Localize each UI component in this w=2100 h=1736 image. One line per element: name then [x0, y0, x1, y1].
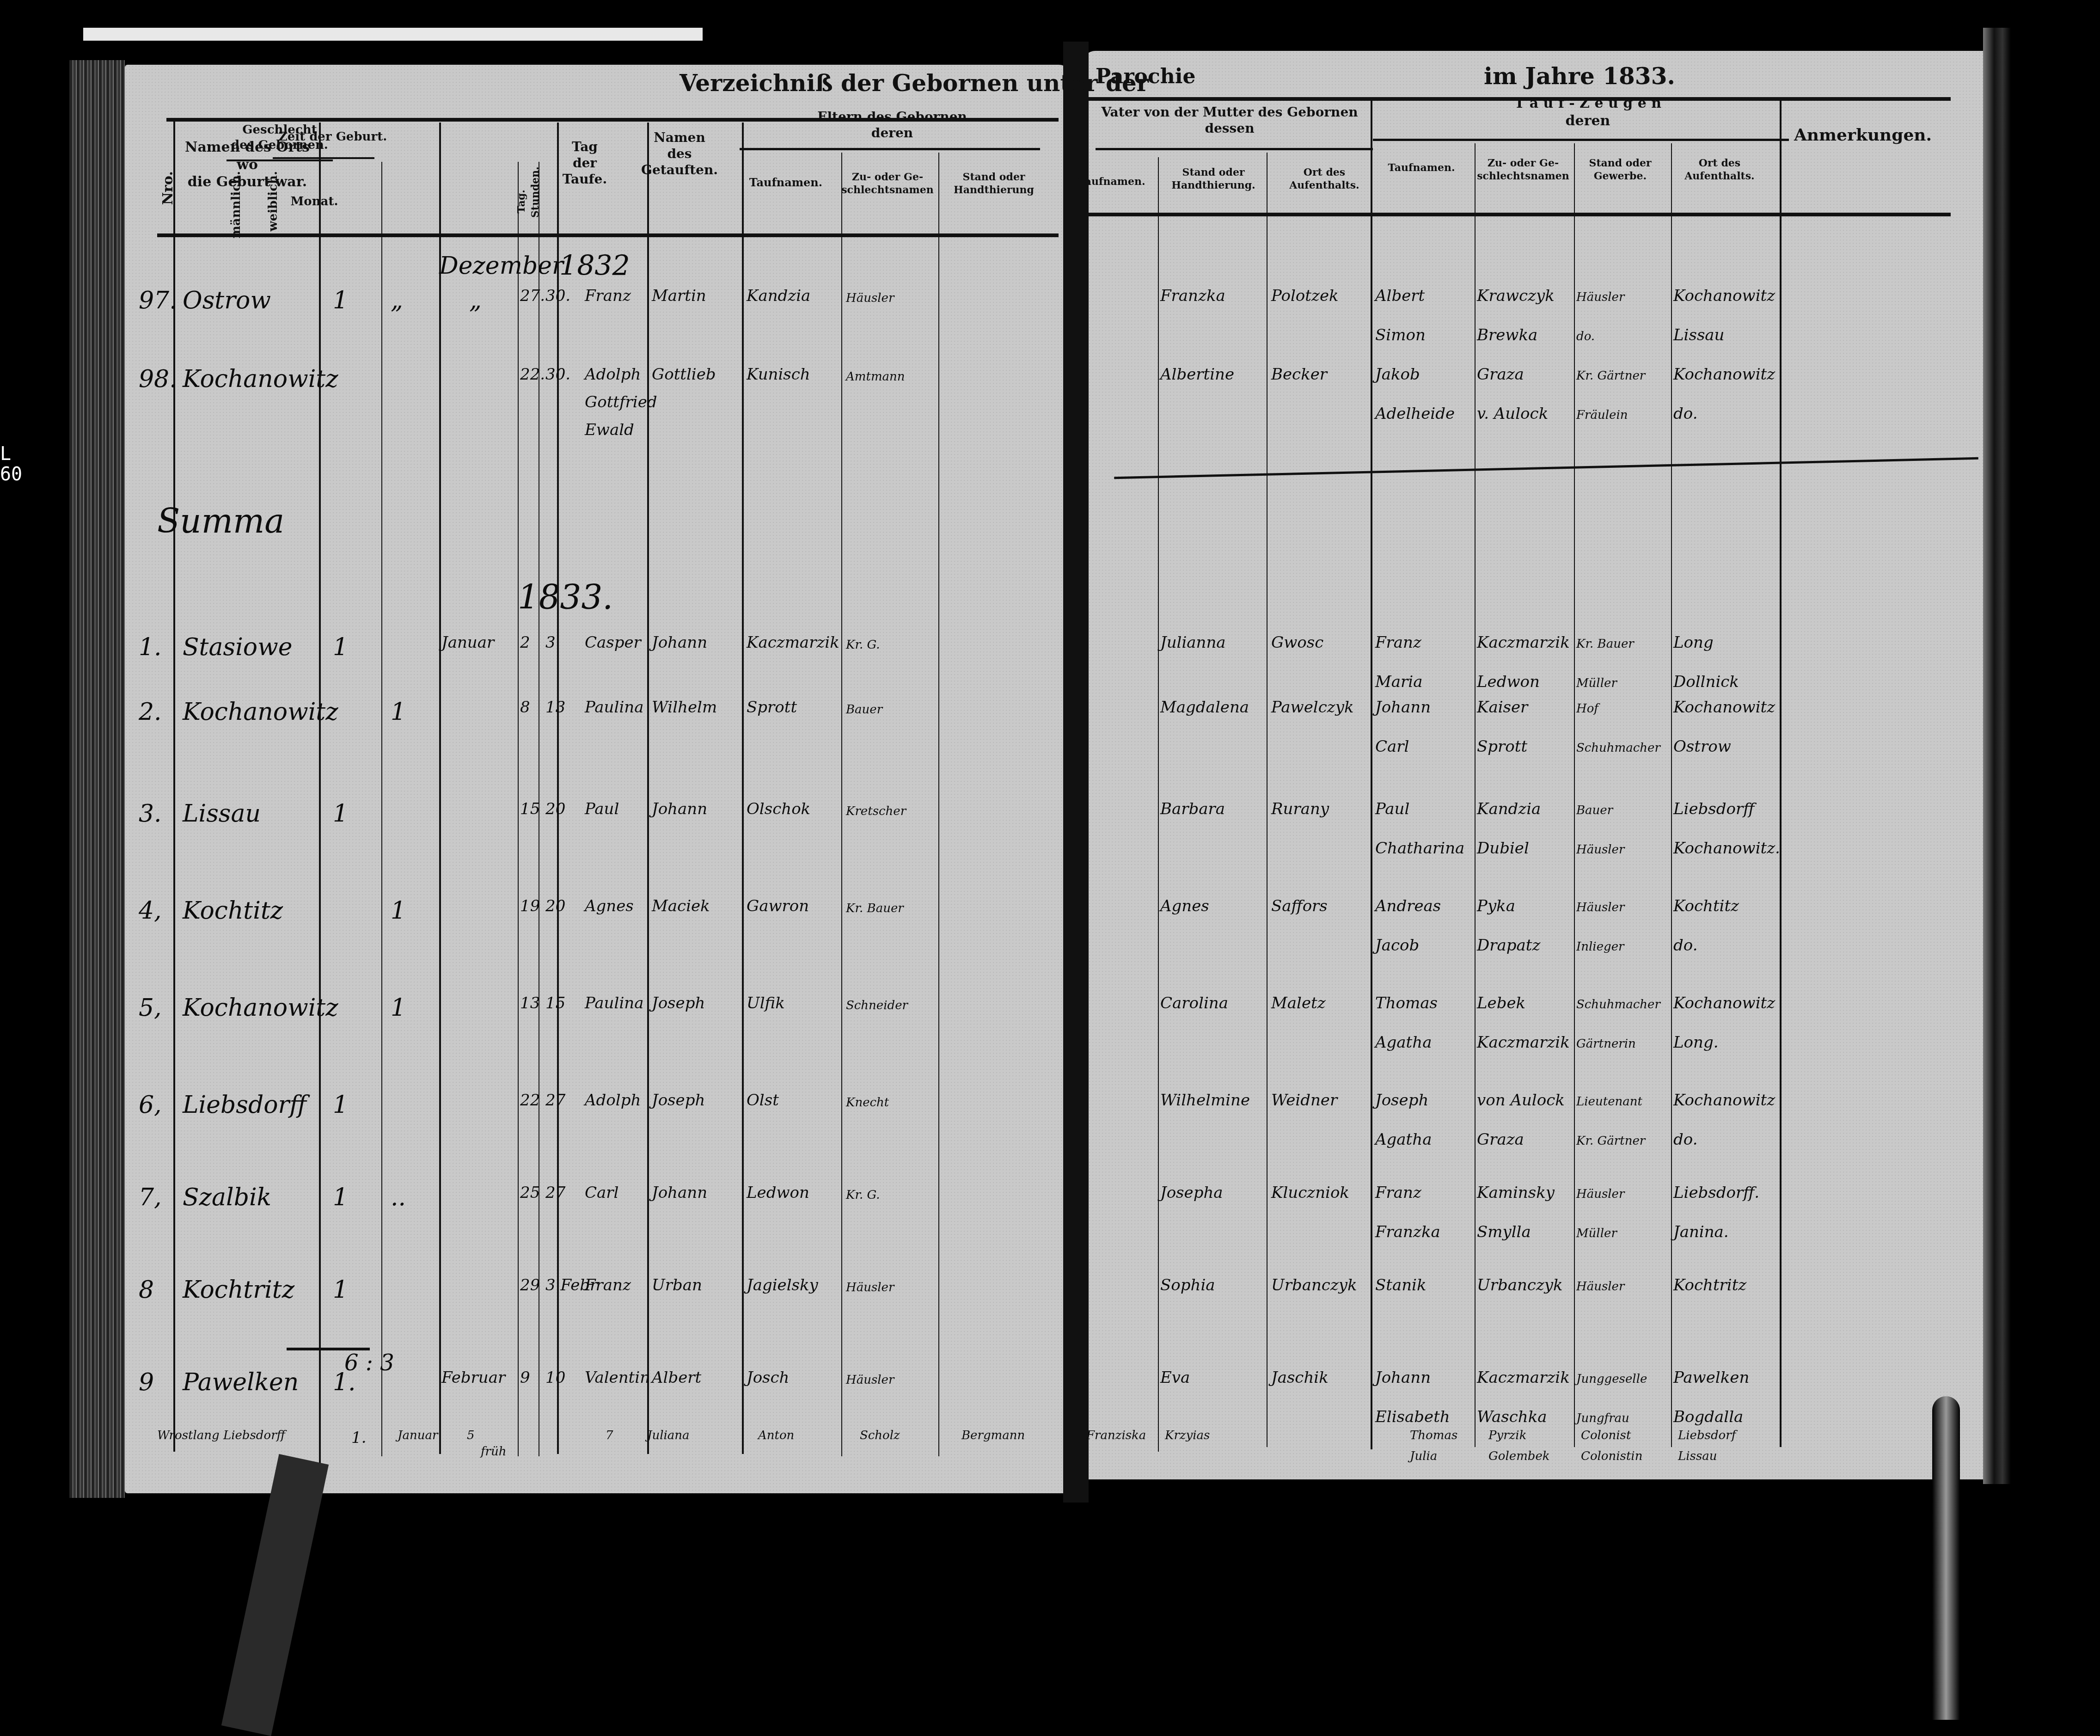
- entry-day: 8: [520, 698, 530, 717]
- entry-witness-surname: Urbanczyk: [1477, 1276, 1563, 1294]
- entry-witness-residence: Lissau: [1673, 326, 1725, 344]
- col-line: [1267, 153, 1267, 1447]
- entry-witness-occupation: Kr. Gärtner: [1576, 369, 1645, 383]
- entry-witness-name: Jakob: [1375, 365, 1420, 384]
- entry-day: 22.: [520, 365, 545, 384]
- col-line: [173, 120, 175, 1452]
- col-line: [1574, 143, 1575, 1447]
- entry-father-name: Gottlieb: [652, 365, 716, 384]
- entry-baptism-day: 30.: [545, 287, 570, 305]
- entry-witness-residence: Bogdalla: [1673, 1408, 1743, 1426]
- entry-father-occupation: Amtmann: [846, 370, 905, 384]
- entry-male: 1.: [333, 1368, 356, 1396]
- entry-birthplace: Kochanowitz: [183, 365, 338, 393]
- entry-baptism-day: 30.: [545, 365, 570, 384]
- col-line: [518, 162, 519, 1456]
- entry-mother-name: Wilhelmine: [1160, 1091, 1250, 1110]
- entry-witness-residence: Pawelken: [1673, 1368, 1749, 1387]
- entry-witness-occupation: Müller: [1576, 676, 1617, 690]
- entry-witness-residence: Kochtritz: [1673, 1276, 1746, 1294]
- entry-witness-name: Franz: [1375, 633, 1421, 652]
- entry-number: 2.: [139, 698, 162, 726]
- register-title: Verzeichniß der Gebornen unter der: [680, 69, 1149, 97]
- footer-witness-residence: Lissau: [1678, 1449, 1717, 1463]
- entry-day: 27.: [520, 287, 545, 305]
- entry-mother-surname: Saffors: [1271, 897, 1328, 915]
- footer-witness-name: Julia: [1410, 1449, 1437, 1463]
- entry-witness-residence: Long: [1673, 633, 1714, 652]
- col-line: [439, 123, 441, 1454]
- entry-witness-residence: Ostrow: [1673, 737, 1731, 756]
- entry-witness-residence: Dollnick: [1673, 673, 1739, 691]
- entry-witness-name: Franzka: [1375, 1223, 1440, 1241]
- entry-witness-residence: do.: [1673, 1130, 1697, 1149]
- entry-mother-surname: Kluczniok: [1271, 1184, 1349, 1202]
- col-line: [1671, 143, 1672, 1447]
- entry-witness-occupation: Hof: [1576, 702, 1598, 716]
- entry-witness-name: Franz: [1375, 1184, 1421, 1202]
- col-line: [841, 153, 842, 1456]
- entry-witness-name: Maria: [1375, 673, 1422, 691]
- entry-witness-name: Stanik: [1375, 1276, 1427, 1294]
- col-line: [319, 123, 321, 1463]
- entry-day: 29: [520, 1276, 540, 1294]
- entry-child-name: Franz: [585, 287, 631, 305]
- entry-child-name: Agnes: [585, 897, 634, 915]
- entry-mother-surname: Gwosc: [1271, 633, 1323, 652]
- entry-male: 1: [333, 287, 348, 314]
- entry-day: 19: [520, 897, 540, 915]
- entry-mother-name: Albertine: [1160, 365, 1234, 384]
- entry-baptism-day: 20: [545, 897, 565, 915]
- right-book-edge: [1983, 28, 2011, 1484]
- entry-witness-occupation: Häusler: [1576, 901, 1624, 914]
- entry-child-name: Valentin: [585, 1368, 650, 1387]
- entry-birthplace: Liebsdorff: [183, 1091, 306, 1119]
- entry-witness-occupation: Häusler: [1576, 1187, 1624, 1201]
- entry-father-occupation: Häusler: [846, 1281, 894, 1294]
- entry-witness-residence: Kochtitz: [1673, 897, 1739, 915]
- entry-witness-surname: Waschka: [1477, 1408, 1547, 1426]
- header-bottom-rule: [157, 233, 1059, 237]
- entry-female: 1: [391, 994, 406, 1022]
- entry-child-name: Ewald: [585, 421, 634, 439]
- entry-witness-surname: Drapatz: [1477, 936, 1540, 955]
- entry-mother-name: Barbara: [1160, 800, 1225, 818]
- entry-father-name: Joseph: [652, 994, 705, 1012]
- page-tab-strip: [83, 28, 703, 41]
- entry-witness-name: Andreas: [1375, 897, 1441, 915]
- entry-father-occupation: Kr. G.: [846, 1188, 880, 1202]
- col-line: [1475, 143, 1476, 1447]
- entry-witness-name: Carl: [1375, 737, 1409, 756]
- entry-father-name: Martin: [652, 287, 706, 305]
- footer-mother-surname: Krzyias: [1165, 1429, 1210, 1442]
- footer-baptism-day: 7: [606, 1429, 613, 1442]
- entry-birthplace: Kochtitz: [183, 897, 283, 925]
- col-line: [647, 123, 649, 1454]
- header-eltern-zuname: Zu- oder Ge- schlechtsnamen: [837, 171, 938, 196]
- header-zeugen-ort: Ort des Aufenthalts.: [1669, 157, 1770, 183]
- entry-child-name: Gottfried: [585, 393, 657, 411]
- footer-mother-name: Franziska: [1086, 1429, 1146, 1442]
- entry-witness-occupation: Häusler: [1576, 290, 1624, 304]
- col-line: [938, 153, 939, 1456]
- entry-witness-residence: Kochanowitz: [1673, 287, 1775, 305]
- entry-father-occupation: Kretscher: [846, 804, 906, 818]
- entry-father-name: Johann: [652, 633, 707, 652]
- entry-number: 8: [139, 1276, 154, 1304]
- entry-baptism-day: 15: [545, 994, 565, 1012]
- entry-number: 5,: [139, 994, 162, 1022]
- entry-witness-surname: Lebek: [1477, 994, 1525, 1012]
- entry-witness-name: Simon: [1375, 326, 1426, 344]
- header-zeit-geburt: Zeit der Geburt.: [273, 129, 393, 145]
- entry-witness-occupation: Gärtnerin: [1576, 1037, 1636, 1051]
- entry-number: 3.: [139, 800, 162, 828]
- entry-baptism-day: 3: [545, 633, 556, 652]
- entry-mother-name: Eva: [1160, 1368, 1190, 1387]
- header-anmerkungen: Anmerkungen.: [1784, 125, 1941, 146]
- header-monat: Monat.: [277, 194, 351, 209]
- eltern-subrule: [740, 148, 1040, 150]
- header-tag-taufe: Tag der Taufe.: [550, 139, 619, 187]
- entry-witness-name: Adelheide: [1375, 405, 1455, 423]
- entry-witness-name: Johann: [1375, 1368, 1431, 1387]
- entry-baptism-day: 27: [545, 1091, 565, 1110]
- entry-day: 25: [520, 1184, 540, 1202]
- footer-birthplace: Wrostlang Liebsdorff: [157, 1429, 285, 1442]
- entry-father-name: Joseph: [652, 1091, 705, 1110]
- book-page-edges: [69, 60, 125, 1498]
- entry-witness-surname: Sprott: [1477, 737, 1527, 756]
- entry-witness-name: Agatha: [1375, 1033, 1432, 1052]
- register-title-parish: Parochie: [1096, 65, 1195, 88]
- entry-witness-occupation: Schuhmacher: [1576, 998, 1660, 1012]
- entry-birthplace: Szalbik: [183, 1184, 271, 1211]
- entry-male: 1: [333, 1276, 348, 1304]
- header-bottom-rule-right: [1086, 213, 1951, 216]
- col-line: [1780, 97, 1782, 1447]
- entry-mother-surname: Jaschik: [1271, 1368, 1329, 1387]
- entry-child-name: Paulina: [585, 994, 643, 1012]
- entry-month: Januar: [441, 633, 494, 652]
- entry-witness-occupation: Häusler: [1576, 1280, 1624, 1294]
- entry-father-surname: Olst: [747, 1091, 779, 1110]
- entry-father-occupation: Kr. G.: [846, 638, 880, 652]
- entry-birthplace: Kochanowitz: [183, 698, 338, 726]
- entry-father-occupation: Bauer: [846, 703, 882, 717]
- entry-witness-residence: Janina.: [1673, 1223, 1729, 1241]
- month-december: Dezember: [439, 252, 563, 280]
- entry-father-occupation: Häusler: [846, 1373, 894, 1387]
- entry-mother-name: Magdalena: [1160, 698, 1249, 717]
- zeugen-subrule: [1373, 139, 1789, 141]
- entry-witness-name: Elisabeth: [1375, 1408, 1450, 1426]
- entry-mother-surname: Maletz: [1271, 994, 1326, 1012]
- entry-witness-name: Johann: [1375, 698, 1431, 717]
- entry-witness-surname: Ledwon: [1477, 673, 1540, 691]
- entry-witness-residence: Liebsdorff: [1673, 800, 1754, 818]
- entry-baptism-day: 10: [545, 1368, 565, 1387]
- footer-month: Januar: [398, 1429, 438, 1442]
- entry-witness-residence: Kochanowitz: [1673, 698, 1775, 717]
- entry-child-name: Paulina: [585, 698, 643, 717]
- entry-female: „: [391, 287, 403, 314]
- entry-witness-surname: Kaminsky: [1477, 1184, 1555, 1202]
- entry-baptism-day: 20: [545, 800, 565, 818]
- entry-witness-name: Albert: [1375, 287, 1425, 305]
- entry-female: 1: [391, 698, 406, 726]
- entry-witness-surname: Brewka: [1477, 326, 1537, 344]
- entry-number: 98.: [139, 365, 177, 393]
- entry-birthplace: Stasiowe: [183, 633, 292, 661]
- entry-witness-occupation: Fräulein: [1576, 408, 1628, 422]
- entry-witness-occupation: Kr. Gärtner: [1576, 1134, 1645, 1148]
- entry-witness-residence: Liebsdorff.: [1673, 1184, 1759, 1202]
- header-taufzeugen: T a u f - Z e u g e n deren: [1387, 95, 1789, 129]
- entry-baptism-day: 27: [545, 1184, 565, 1202]
- entry-witness-surname: Kandzia: [1477, 800, 1541, 818]
- bookmark-ribbon: [221, 1454, 329, 1736]
- col-line: [742, 123, 744, 1454]
- entry-day: 2: [520, 633, 530, 652]
- entry-witness-residence: Kochanowitz: [1673, 1091, 1775, 1110]
- entry-child-name: Franz: [585, 1276, 631, 1294]
- entry-father-name: Wilhelm: [652, 698, 717, 717]
- col-line: [381, 162, 382, 1456]
- entry-father-surname: Ledwon: [747, 1184, 809, 1202]
- entry-number: 4,: [139, 897, 162, 925]
- header-vater-mutter: Vater von der Mutter des Gebornen dessen: [1086, 104, 1373, 136]
- header-zeugen-stand: Stand oder Gewerbe.: [1572, 157, 1669, 183]
- entry-day: 9: [520, 1368, 530, 1387]
- entry-mother-surname: Polotzek: [1271, 287, 1339, 305]
- header-mutter-taufnamen: Taufnamen.: [1068, 176, 1156, 189]
- header-eltern: Eltern des Gebornen deren: [749, 109, 1035, 141]
- entry-witness-occupation: Bauer: [1576, 804, 1613, 817]
- entry-witness-occupation: Inlieger: [1576, 940, 1624, 954]
- entry-baptism-day: 13: [545, 698, 565, 717]
- entry-mother-name: Julianna: [1160, 633, 1226, 652]
- footer-day: 5: [467, 1429, 475, 1442]
- col-line: [1158, 157, 1159, 1452]
- entry-witness-name: Jacob: [1375, 936, 1419, 955]
- header-zeugen-taufnamen: Taufnamen.: [1373, 162, 1470, 175]
- entry-father-surname: Olschok: [747, 800, 810, 818]
- entry-father-name: Johann: [652, 800, 707, 818]
- footer-father-name: Anton: [758, 1429, 794, 1442]
- footer-witness-surname: Golembek: [1488, 1449, 1550, 1463]
- entry-father-surname: Gawron: [747, 897, 809, 915]
- entry-witness-surname: Smylla: [1477, 1223, 1531, 1241]
- entry-child-name: Carl: [585, 1184, 618, 1202]
- entry-witness-surname: Kaczmarzik: [1477, 1033, 1570, 1052]
- entry-witness-residence: Kochanowitz: [1673, 994, 1775, 1012]
- entry-witness-name: Paul: [1375, 800, 1409, 818]
- entry-birthplace: Kochanowitz: [183, 994, 338, 1022]
- year-label: im Jahre 1833.: [1484, 62, 1675, 90]
- entry-mother-name: Josepha: [1160, 1184, 1223, 1202]
- entry-mother-surname: Rurany: [1271, 800, 1329, 818]
- entry-mother-name: Franzka: [1160, 287, 1225, 305]
- entry-father-surname: Ulfik: [747, 994, 785, 1012]
- header-eltern-taufnamen: Taufnamen.: [740, 176, 832, 190]
- entry-birthplace: Kochtritz: [183, 1276, 294, 1304]
- footer-father-occupation: Bergmann: [961, 1429, 1025, 1442]
- entry-witness-residence: do.: [1673, 405, 1697, 423]
- footer-child-name: Juliana: [647, 1429, 690, 1442]
- page-clip: [1932, 1396, 1960, 1720]
- entry-father-occupation: Häusler: [846, 291, 894, 305]
- entry-witness-occupation: Müller: [1576, 1227, 1617, 1240]
- entry-mother-name: Carolina: [1160, 994, 1228, 1012]
- footer-witness-occupation: Colonistin: [1581, 1449, 1642, 1463]
- header-zeugen-zuname: Zu- oder Ge- schlechtsnamen: [1475, 157, 1572, 183]
- entry-father-surname: Kunisch: [747, 365, 810, 384]
- entry-mother-surname: Becker: [1271, 365, 1327, 384]
- entry-witness-surname: Dubiel: [1477, 839, 1529, 858]
- entry-number: 6,: [139, 1091, 162, 1119]
- entry-father-occupation: Kr. Bauer: [846, 902, 904, 915]
- right-page: [1082, 51, 1988, 1479]
- mutter-subrule: [1096, 148, 1373, 150]
- entry-father-name: Albert: [652, 1368, 701, 1387]
- entry-witness-occupation: Kr. Bauer: [1576, 637, 1634, 651]
- footer-hour: früh: [481, 1445, 507, 1459]
- header-maennlich: männlich.: [229, 171, 244, 239]
- entry-father-surname: Sprott: [747, 698, 797, 717]
- entry-father-surname: Kandzia: [747, 287, 810, 305]
- entry-witness-occupation: Jungfrau: [1576, 1411, 1629, 1425]
- entry-day: 22: [520, 1091, 540, 1110]
- footer-witness-residence: Liebsdorf: [1678, 1429, 1736, 1442]
- entry-child-name: Casper: [585, 633, 641, 652]
- footer-witness-name: Thomas: [1410, 1429, 1457, 1442]
- entry-female: 1: [391, 897, 406, 925]
- entry-male: 1: [333, 1184, 348, 1211]
- entry-father-occupation: Knecht: [846, 1096, 889, 1110]
- book-gutter: [1063, 42, 1089, 1503]
- footer-witness-surname: Pyrzik: [1488, 1429, 1526, 1442]
- entry-father-surname: Jagielsky: [747, 1276, 818, 1294]
- entry-witness-residence: do.: [1673, 936, 1697, 955]
- entry-witness-surname: Krawczyk: [1477, 287, 1555, 305]
- entry-child-name: Paul: [585, 800, 619, 818]
- entry-male: 1: [333, 1091, 348, 1119]
- entry-witness-surname: Kaczmarzik: [1477, 633, 1570, 652]
- entry-witness-surname: v. Aulock: [1477, 405, 1548, 423]
- entry-child-name: Adolph: [585, 365, 641, 384]
- header-eltern-stand: Stand oder Handthierung: [941, 171, 1047, 196]
- entry-birthplace: Ostrow: [183, 287, 271, 314]
- header-mutter-ort: Ort des Aufenthalts.: [1276, 166, 1373, 192]
- entry-witness-name: Agatha: [1375, 1130, 1432, 1149]
- year-1832: 1832: [559, 250, 630, 282]
- year-1833: 1833.: [518, 578, 613, 617]
- entry-number: 97.: [139, 287, 177, 314]
- entry-mother-surname: Weidner: [1271, 1091, 1337, 1110]
- entry-father-name: Urban: [652, 1276, 702, 1294]
- entry-mother-surname: Urbanczyk: [1271, 1276, 1357, 1294]
- entry-witness-residence: Kochanowitz.: [1673, 839, 1780, 858]
- entry-witness-residence: Kochanowitz: [1673, 365, 1775, 384]
- entry-male: 1: [333, 633, 348, 661]
- entry-father-surname: Kaczmarzik: [747, 633, 839, 652]
- entry-father-name: Maciek: [652, 897, 710, 915]
- footer-father-surname: Scholz: [860, 1429, 900, 1442]
- entry-birthplace: Lissau: [183, 800, 261, 828]
- entry-mother-surname: Pawelczyk: [1271, 698, 1353, 717]
- entry-male: 1: [333, 800, 348, 828]
- header-mutter-stand: Stand oder Handthierung.: [1160, 166, 1267, 192]
- entry-witness-occupation: Lieutenant: [1576, 1095, 1642, 1109]
- entry-witness-surname: Graza: [1477, 1130, 1524, 1149]
- entry-father-occupation: Schneider: [846, 999, 908, 1012]
- entry-witness-occupation: Häusler: [1576, 843, 1624, 857]
- entry-father-name: Johann: [652, 1184, 707, 1202]
- entry-number: 9: [139, 1368, 154, 1396]
- entry-witness-surname: Pyka: [1477, 897, 1515, 915]
- col-line: [557, 123, 559, 1454]
- entry-witness-surname: Kaczmarzik: [1477, 1368, 1570, 1387]
- scan-marker: L 60: [0, 444, 22, 485]
- entry-month: „: [469, 287, 482, 314]
- entry-number: 1.: [139, 633, 162, 661]
- entry-month: Februar: [441, 1368, 505, 1387]
- entry-number: 7,: [139, 1184, 162, 1211]
- entry-witness-surname: Kaiser: [1477, 698, 1528, 717]
- entry-witness-occupation: do.: [1576, 330, 1595, 344]
- entry-witness-name: Thomas: [1375, 994, 1438, 1012]
- summa-label: Summa: [157, 502, 284, 540]
- entry-day: 13: [520, 994, 540, 1012]
- entry-child-name: Adolph: [585, 1091, 641, 1110]
- entry-witness-residence: Long.: [1673, 1033, 1719, 1052]
- entry-witness-name: Chatharina: [1375, 839, 1464, 858]
- entry-day: 15: [520, 800, 540, 818]
- entry-female: ..: [391, 1184, 406, 1211]
- entry-witness-occupation: Junggeselle: [1576, 1372, 1647, 1386]
- entry-birthplace: Pawelken: [183, 1368, 299, 1396]
- entry-mother-name: Agnes: [1160, 897, 1209, 915]
- header-stunden: Stunden.: [529, 166, 542, 218]
- col-line: [1371, 99, 1372, 1449]
- entry-mother-name: Sophia: [1160, 1276, 1215, 1294]
- footer-witness-occupation: Colonist: [1581, 1429, 1631, 1442]
- footer-female: 1.: [351, 1429, 366, 1447]
- entry-witness-occupation: Schuhmacher: [1576, 741, 1660, 755]
- entry-witness-surname: Graza: [1477, 365, 1524, 384]
- entry-witness-surname: von Aulock: [1477, 1091, 1565, 1110]
- entry-father-surname: Josch: [747, 1368, 790, 1387]
- entry-witness-name: Joseph: [1375, 1091, 1428, 1110]
